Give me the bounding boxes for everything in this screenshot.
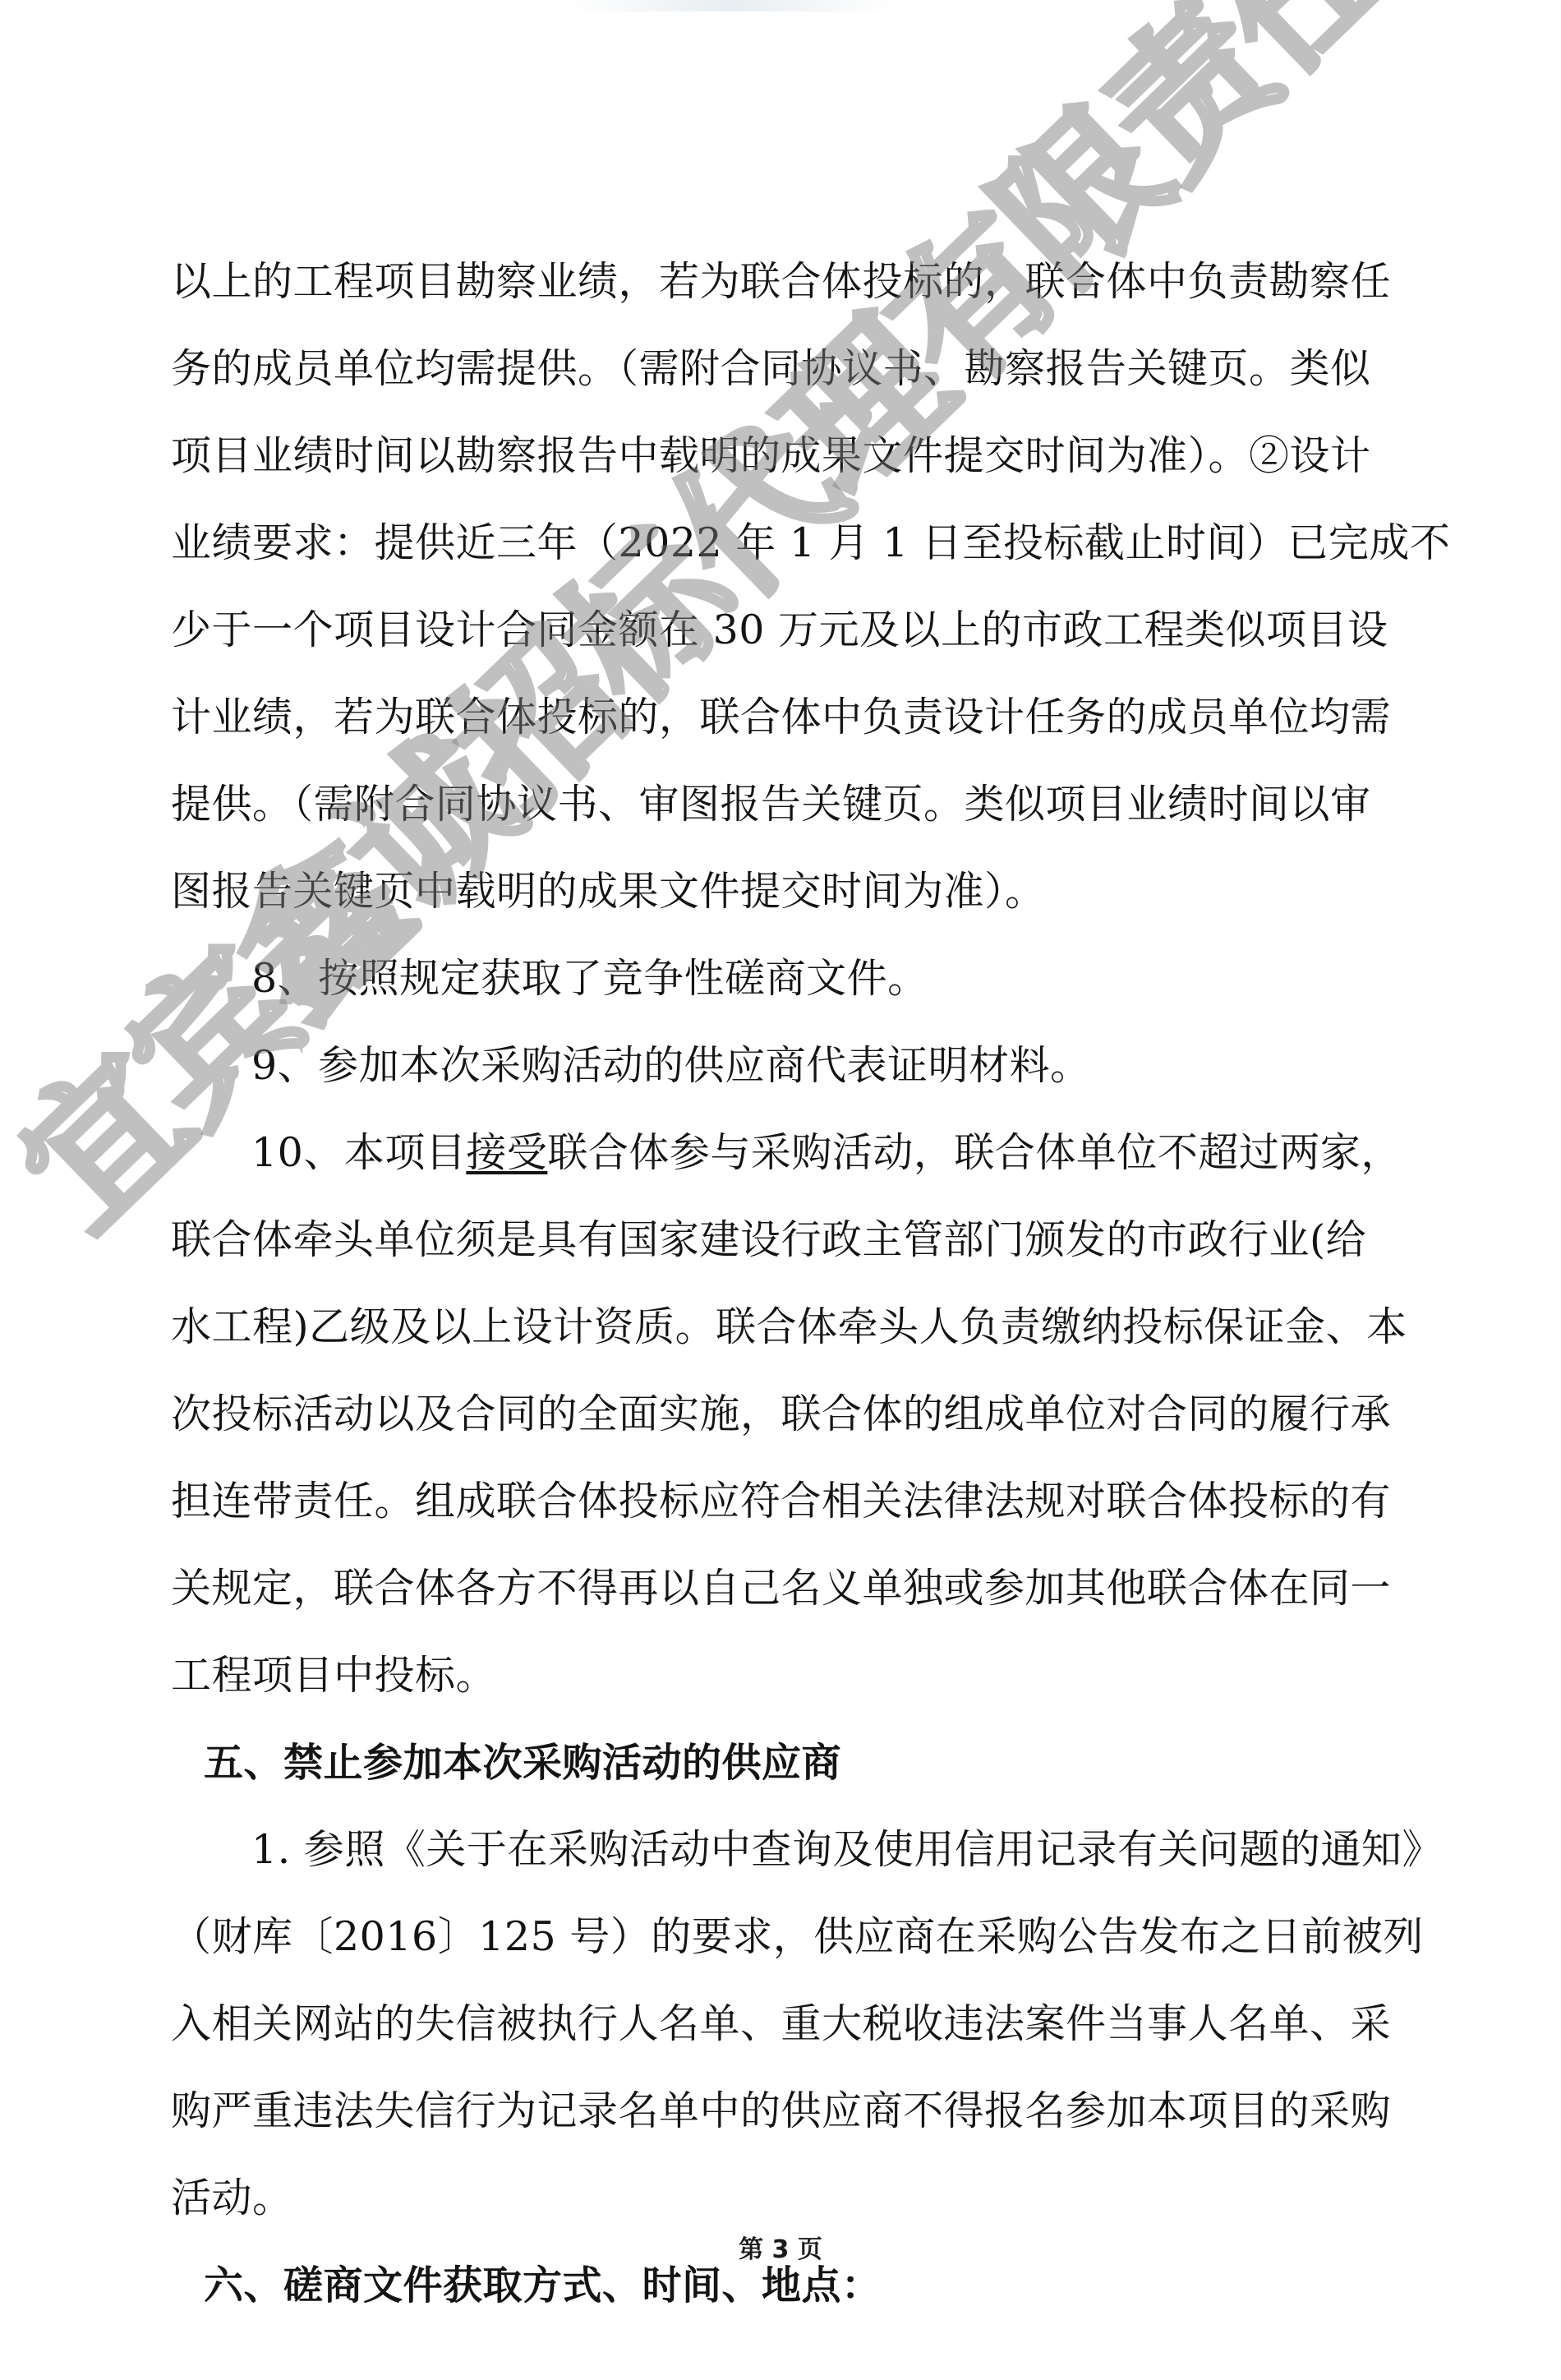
body-line: 以上的工程项目勘察业绩，若为联合体投标的，联合体中负责勘察任 [171, 253, 1391, 311]
list-item-1: 1. 参照《关于在采购活动中查询及使用信用记录有关问题的通知》 [251, 1821, 1443, 1879]
body-line: 关规定，联合体各方不得再以自己名义单独或参加其他联合体在同一 [171, 1560, 1391, 1617]
scan-artifact [567, 0, 896, 12]
body-line: 水工程)乙级及以上设计资质。联合体牵头人负责缴纳投标保证金、本 [171, 1298, 1407, 1356]
body-line: 活动。 [171, 2170, 293, 2227]
list-item-10-prefix: 10、本项目 [251, 1129, 466, 1176]
body-line: 务的成员单位均需提供。（需附合同协议书、勘察报告关键页。类似 [171, 340, 1371, 398]
body-line: 业绩要求：提供近三年（2022 年 1 月 1 日至投标截止时间）已完成不 [171, 514, 1450, 572]
list-item-9: 9、参加本次采购活动的供应商代表证明材料。 [251, 1037, 1091, 1095]
underlined-term: 接受 [466, 1129, 547, 1176]
section-heading-6: 六、磋商文件获取方式、时间、地点： [204, 2257, 882, 2314]
body-line: 图报告关键页中载明的成果文件提交时间为准）。 [171, 863, 1046, 920]
body-line: 次投标活动以及合同的全面实施，联合体的组成单位对合同的履行承 [171, 1386, 1391, 1443]
body-line: 少于一个项目设计合同金额在 30 万元及以上的市政工程类似项目设 [171, 602, 1388, 659]
body-line: 提供。（需附合同协议书、审图报告关键页。类似项目业绩时间以审 [171, 776, 1371, 833]
body-line: 联合体牵头单位须是具有国家建设行政主管部门颁发的市政行业(给 [171, 1211, 1366, 1269]
list-item-10: 10、本项目接受联合体参与采购活动，联合体单位不超过两家， [251, 1124, 1402, 1182]
section-heading-5: 五、禁止参加本次采购活动的供应商 [204, 1734, 841, 1792]
body-line: （财库〔2016〕125 号）的要求，供应商在采购公告发布之日前被列 [171, 1908, 1424, 1966]
list-item-8: 8、按照规定获取了竞争性磋商文件。 [251, 950, 928, 1008]
document-page: 以上的工程项目勘察业绩，若为联合体投标的，联合体中负责勘察任 务的成员单位均需提… [0, 0, 1561, 2380]
body-line: 项目业绩时间以勘察报告中载明的成果文件提交时间为准）。②设计 [171, 427, 1371, 485]
body-line: 入相关网站的失信被执行人名单、重大税收违法案件当事人名单、采 [171, 1995, 1391, 2053]
list-item-10-rest: 联合体参与采购活动，联合体单位不超过两家， [547, 1129, 1402, 1176]
body-line: 担连带责任。组成联合体投标应符合相关法律法规对联合体投标的有 [171, 1473, 1391, 1530]
body-line: 计业绩，若为联合体投标的，联合体中负责设计任务的成员单位均需 [171, 689, 1391, 746]
body-line: 工程项目中投标。 [171, 1647, 496, 1704]
body-line: 购严重违法失信行为记录名单中的供应商不得报名参加本项目的采购 [171, 2082, 1391, 2140]
page-number: 第 3 页 [0, 2229, 1561, 2265]
